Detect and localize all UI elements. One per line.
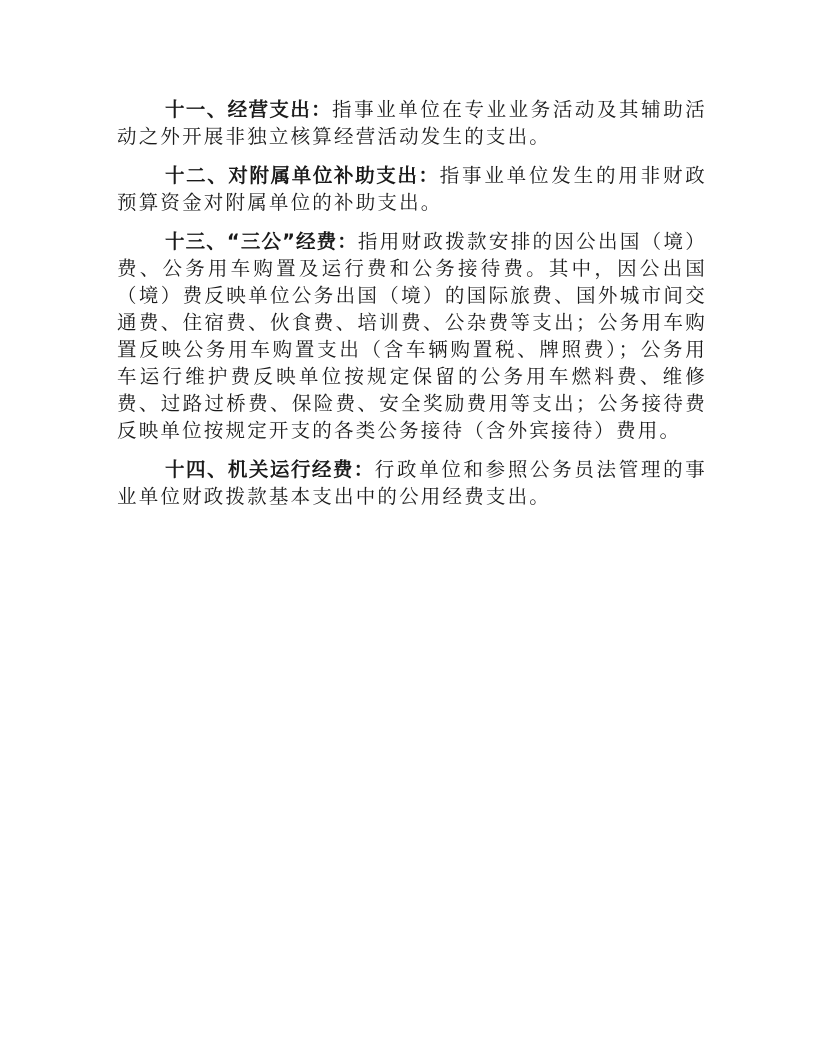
paragraph-subsidiary-subsidy: 十二、对附属单位补助支出：指事业单位发生的用非财政预算资金对附属单位的补助支出。: [117, 162, 707, 216]
term-heading: 十三、“三公”经费：: [165, 230, 358, 253]
paragraph-agency-operating-funds: 十四、机关运行经费：行政单位和参照公务员法管理的事业单位财政拨款基本支出中的公用…: [117, 456, 707, 510]
term-definition: 指用财政拨款安排的因公出国（境）费、公务用车购置及运行费和公务接待费。其中，因公…: [117, 230, 707, 442]
term-heading: 十四、机关运行经费：: [165, 458, 375, 481]
paragraph-operating-expenditure: 十一、经营支出：指事业单位在专业业务活动及其辅助活动之外开展非独立核算经营活动发…: [117, 96, 707, 150]
term-heading: 十二、对附属单位补助支出：: [165, 164, 440, 187]
term-heading: 十一、经营支出：: [165, 98, 332, 121]
document-page: 十一、经营支出：指事业单位在专业业务活动及其辅助活动之外开展非独立核算经营活动发…: [117, 96, 707, 522]
paragraph-three-public-expenses: 十三、“三公”经费：指用财政拨款安排的因公出国（境）费、公务用车购置及运行费和公…: [117, 228, 707, 444]
